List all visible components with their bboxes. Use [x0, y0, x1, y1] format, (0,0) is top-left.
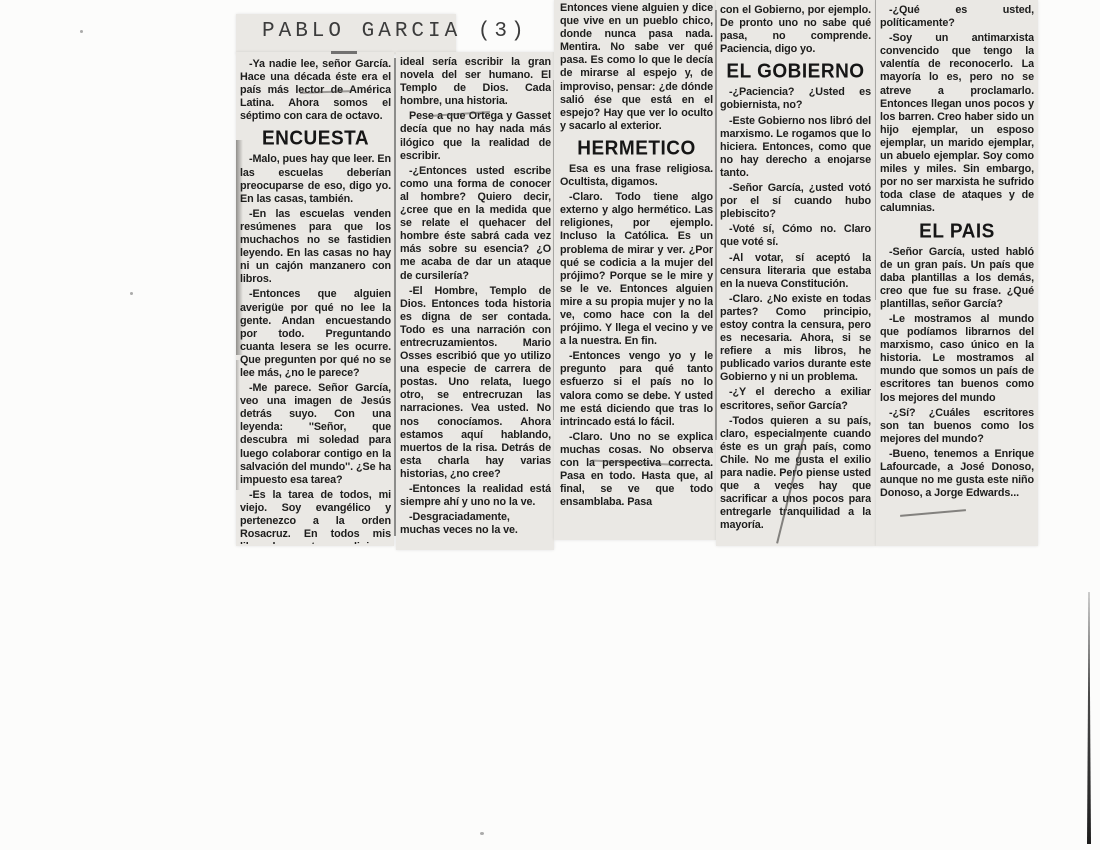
- headline-underline-mark: [331, 51, 357, 54]
- scan-smudge: [236, 140, 243, 355]
- paragraph: -Este Gobierno nos libró del marxismo. L…: [720, 115, 871, 180]
- paragraph: -Entonces que alguien averigüe por qué n…: [240, 288, 391, 380]
- paragraph: -Desgraciadamente, muchas veces no la ve…: [400, 511, 551, 537]
- paragraph: Entonces viene alguien y dice que vive e…: [560, 2, 713, 133]
- paragraph: -Al votar, sí aceptó la censura literari…: [720, 252, 871, 291]
- column-rule: [553, 80, 555, 420]
- column-rule: [394, 58, 396, 536]
- paragraph: -Señor García, ¿usted votó por el sí cua…: [720, 182, 871, 221]
- paragraph: Esa es una frase religiosa. Ocultista, d…: [560, 163, 713, 189]
- paragraph: -Señor García, usted habló de un gran pa…: [880, 246, 1034, 311]
- paragraph: -Claro. Uno no se explica muchas cosas. …: [560, 431, 713, 510]
- paragraph: -Es la tarea de todos, mi viejo. Soy eva…: [240, 489, 391, 544]
- paragraph: -Voté sí, Cómo no. Claro que voté sí.: [720, 223, 871, 249]
- article-column-1: -Ya nadie lee, señor García. Hace una dé…: [240, 58, 391, 544]
- section-heading-hermetico: HERMETICO: [560, 137, 713, 159]
- article-column-5: -¿Qué es usted, políticamente? -Soy un a…: [880, 4, 1034, 542]
- scan-edge-line: [1087, 592, 1091, 844]
- article-column-2: ideal sería escribir la gran novela del …: [400, 56, 551, 548]
- paragraph: -¿Sí? ¿Cuáles escritores son tan buenos …: [880, 407, 1034, 446]
- scan-speck: [480, 832, 484, 835]
- scan-speck: [80, 30, 83, 33]
- paragraph: -¿Entonces usted escribe como una forma …: [400, 165, 551, 283]
- column-rule: [875, 0, 877, 300]
- paragraph: -Me parece. Señor García, veo una imagen…: [240, 382, 391, 487]
- paragraph: -El Hombre, Templo de Dios. Entonces tod…: [400, 285, 551, 481]
- section-heading-encuesta: ENCUESTA: [240, 128, 391, 150]
- column-rule: [715, 10, 717, 440]
- paragraph: -Soy un antimarxista convencido que teng…: [880, 32, 1034, 215]
- paragraph: -Entonces vengo yo y le pregunto para qu…: [560, 350, 713, 429]
- paragraph: -¿Y el derecho a exiliar escritores, señ…: [720, 386, 871, 412]
- paragraph: con el Gobierno, por ejemplo. De pronto …: [720, 4, 871, 56]
- paragraph: -Claro. Todo tiene algo externo y algo h…: [560, 191, 713, 348]
- paragraph: -¿Paciencia? ¿Usted es gobiernista, no?: [720, 86, 871, 112]
- section-heading-el-gobierno: EL GOBIERNO: [720, 61, 871, 83]
- paragraph: -Claro. ¿No existe en todas partes? Como…: [720, 293, 871, 385]
- article-column-3: Entonces viene alguien y dice que vive e…: [560, 2, 713, 536]
- paragraph: -Le mostramos al mundo que podíamos libr…: [880, 313, 1034, 405]
- paragraph: -¿Qué es usted, políticamente?: [880, 4, 1034, 30]
- paragraph: -Malo, pues hay que leer. En las escuela…: [240, 153, 391, 205]
- paragraph: -En las escuelas venden resúmenes para q…: [240, 208, 391, 287]
- section-heading-el-pais: EL PAIS: [880, 220, 1034, 242]
- scan-speck: [130, 292, 133, 295]
- paragraph: Pese a que Ortega y Gasset decía que no …: [400, 110, 551, 162]
- paragraph: -Entonces la realidad está siempre ahí y…: [400, 483, 551, 509]
- scan-smudge: [236, 360, 240, 490]
- paragraph: ideal sería escribir la gran novela del …: [400, 56, 551, 108]
- paragraph: -Bueno, tenemos a Enrique Lafourcade, a …: [880, 448, 1034, 500]
- paragraph: -Todos quieren a su país, claro, especia…: [720, 415, 871, 533]
